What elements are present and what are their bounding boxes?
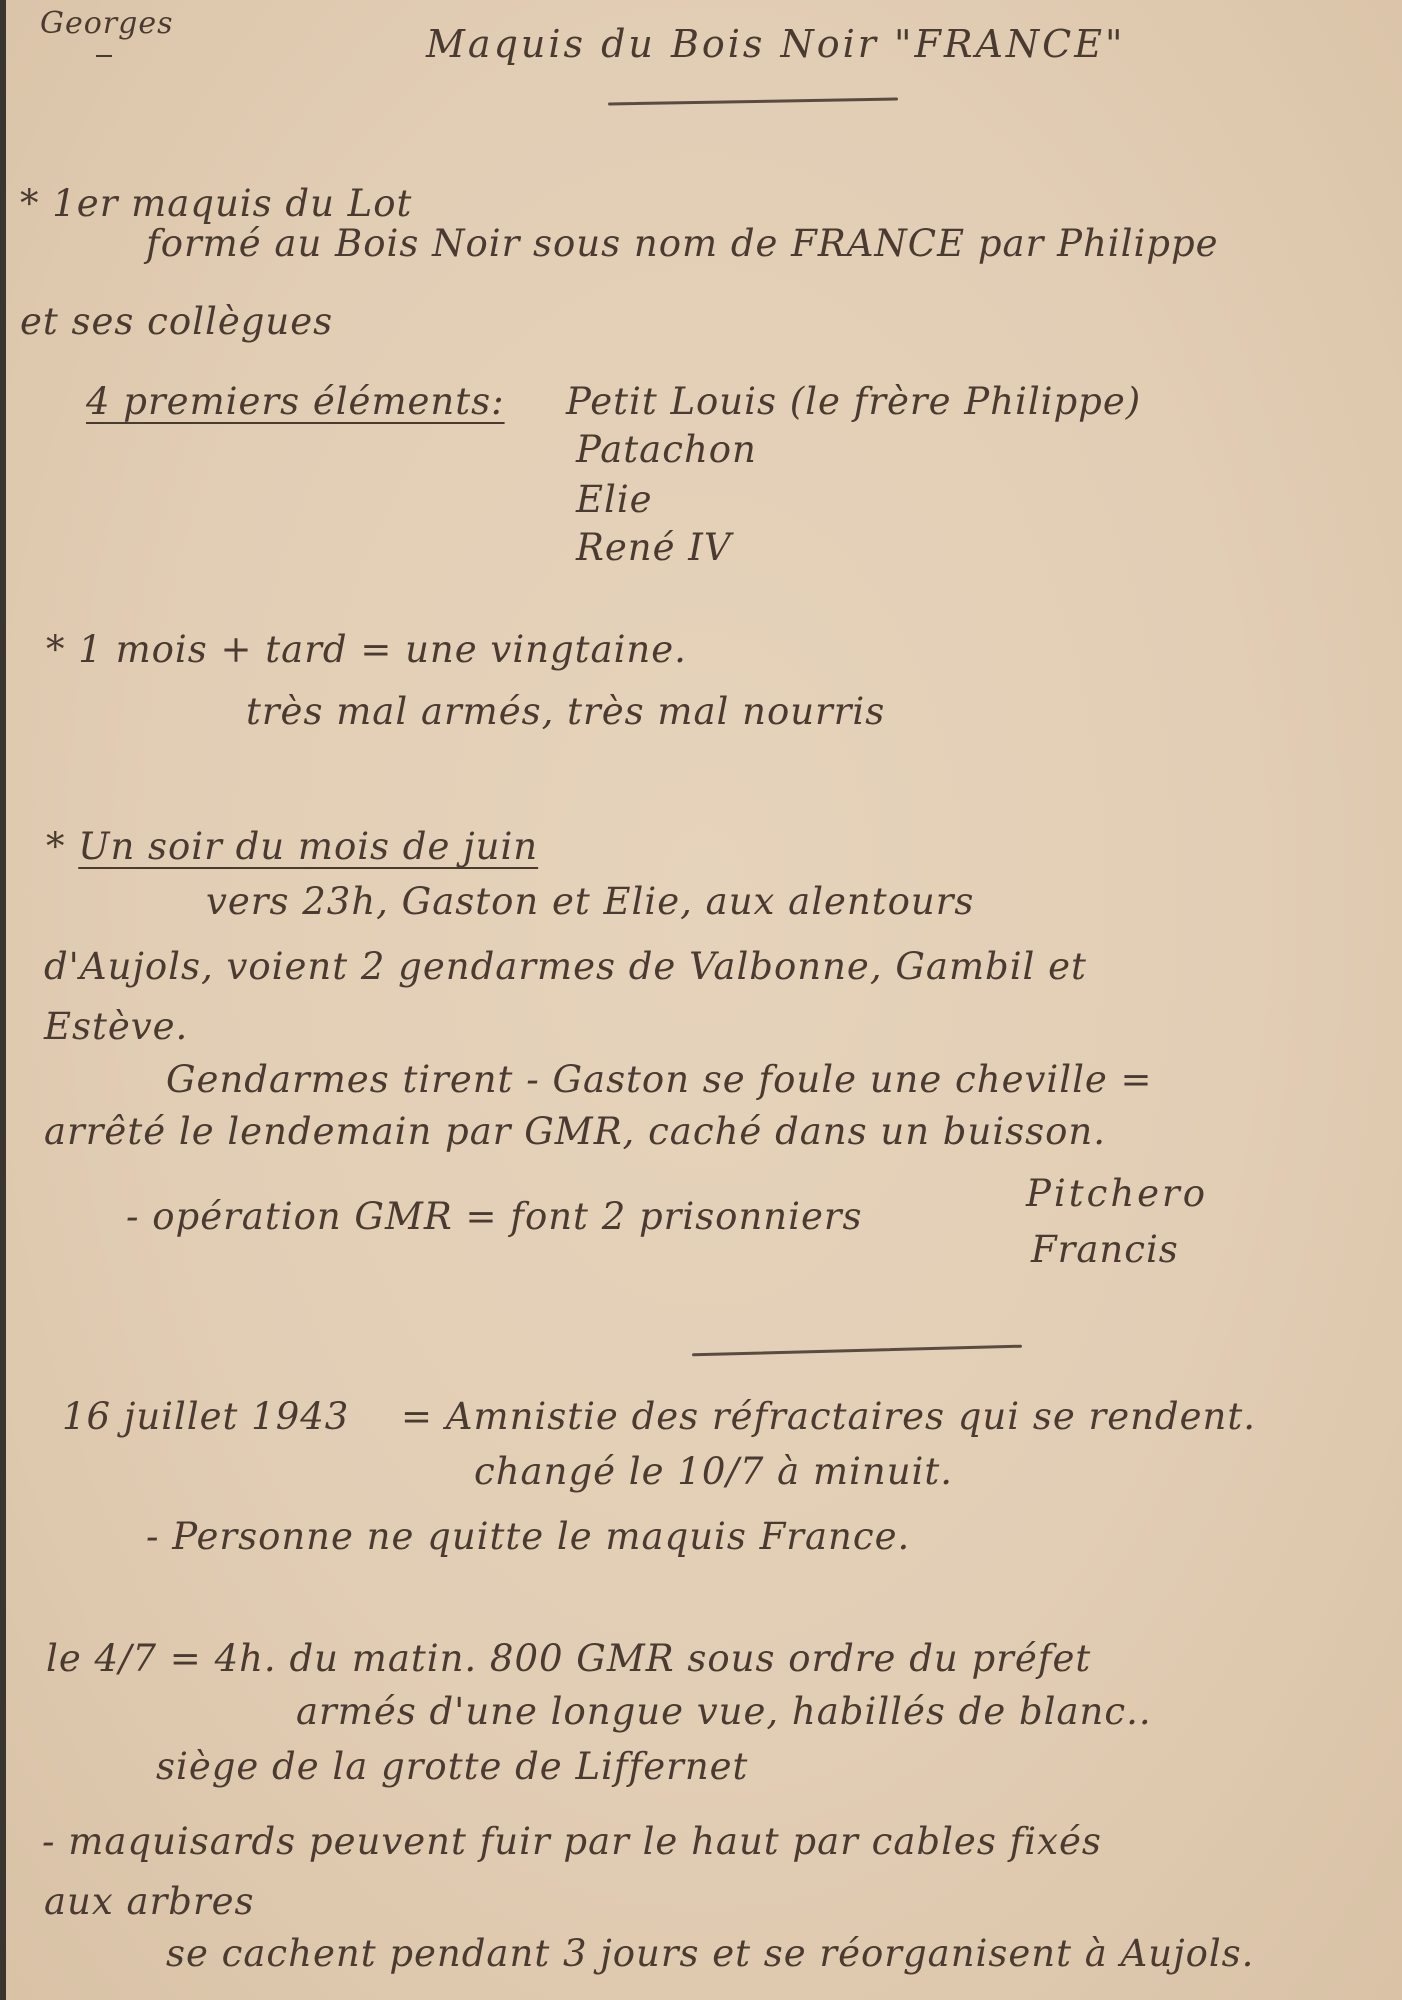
s3-heading: * Un soir du mois de juin bbox=[46, 825, 538, 868]
s5-line6: se cachent pendant 3 jours et se réorgan… bbox=[166, 1932, 1254, 1975]
s4-line1: = Amnistie des réfractaires qui se rende… bbox=[401, 1395, 1256, 1438]
s3-line4: Gendarmes tirent - Gaston se foule une c… bbox=[166, 1058, 1153, 1101]
s3-line3: Estève. bbox=[44, 1005, 188, 1048]
section-divider bbox=[692, 1345, 1022, 1357]
s1-line2: formé au Bois Noir sous nom de FRANCE pa… bbox=[146, 222, 1219, 265]
title-underline bbox=[608, 97, 898, 105]
s1-line1: * 1er maquis du Lot bbox=[20, 182, 412, 225]
member-item: René IV bbox=[576, 526, 732, 569]
corner-note: Georges bbox=[40, 6, 173, 41]
s2-line2: très mal armés, très mal nourris bbox=[246, 690, 885, 733]
s2-line1: * 1 mois + tard = une vingtaine. bbox=[46, 628, 687, 671]
s3-heading-bullet: * bbox=[46, 825, 66, 868]
member-item: Elie bbox=[576, 478, 653, 521]
s1-line3: et ses collègues bbox=[20, 300, 333, 343]
s5-line2: armés d'une longue vue, habillés de blan… bbox=[296, 1690, 1152, 1733]
member-item: Petit Louis (le frère Philippe) bbox=[566, 380, 1141, 423]
page-title: Maquis du Bois Noir "FRANCE" bbox=[426, 22, 1125, 66]
s5-line4: - maquisards peuvent fuir par le haut pa… bbox=[42, 1820, 1102, 1863]
s4-line3: - Personne ne quitte le maquis France. bbox=[146, 1515, 910, 1558]
handwritten-page: Georges Maquis du Bois Noir "FRANCE" * 1… bbox=[6, 0, 1402, 2000]
s5-line1: le 4/7 = 4h. du matin. 800 GMR sous ordr… bbox=[46, 1637, 1091, 1680]
s3-heading-text: Un soir du mois de juin bbox=[78, 825, 538, 868]
prisoner-name: Francis bbox=[1031, 1228, 1179, 1271]
s3-line6: - opération GMR = font 2 prisonniers bbox=[126, 1195, 863, 1238]
s3-line1: vers 23h, Gaston et Elie, aux alentours bbox=[206, 880, 974, 923]
s4-line2: changé le 10/7 à minuit. bbox=[474, 1450, 953, 1493]
prisoner-name: Pitchero bbox=[1026, 1172, 1208, 1215]
s3-line2: d'Aujols, voient 2 gendarmes de Valbonne… bbox=[44, 945, 1087, 988]
member-item: Patachon bbox=[576, 428, 757, 471]
s3-line5: arrêté le lendemain par GMR, caché dans … bbox=[44, 1110, 1106, 1153]
s4-date: 16 juillet 1943 bbox=[62, 1395, 349, 1438]
corner-dash bbox=[96, 55, 112, 57]
s5-line3: siège de la grotte de Liffernet bbox=[156, 1745, 748, 1788]
s5-line5: aux arbres bbox=[44, 1880, 255, 1923]
members-label: 4 premiers éléments: bbox=[86, 380, 505, 423]
